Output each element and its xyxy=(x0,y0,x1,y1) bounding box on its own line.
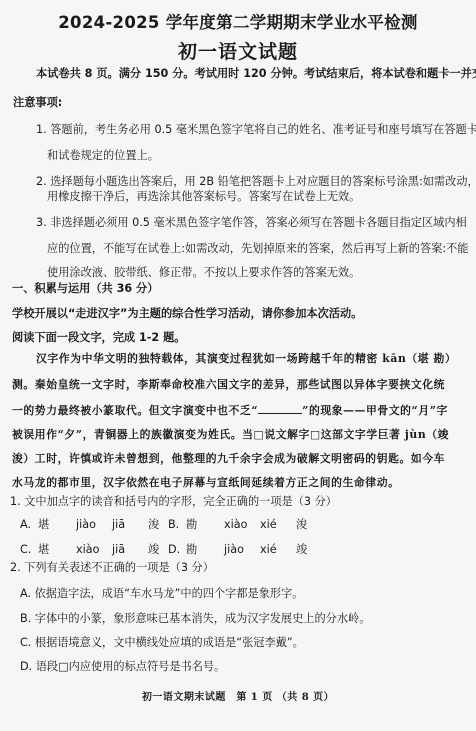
passage-line-3b: ”的现象——甲骨文的“月”字 xyxy=(302,404,448,417)
q2-stem: 2. 下列有关表述不正确的一项是（3 分） xyxy=(10,561,214,575)
activity-text: 学校开展以“走进汉字”为主题的综合性学习活动，请你参加本次活动。 xyxy=(12,307,362,321)
option-char: 浚 xyxy=(148,516,159,532)
option-label: D. xyxy=(168,543,186,556)
option-pinyin: jiào xyxy=(76,518,112,531)
passage-line-4: 被误用作“夕”，青铜器上的族徽演变为姓氏。当□说文解字□这部文字学巨著 jùn（… xyxy=(12,428,449,442)
exam-subtitle: 初一语文试题 xyxy=(0,37,476,64)
section1-heading: 一、积累与运用（共 36 分） xyxy=(12,282,158,296)
option-label: A. xyxy=(20,518,38,531)
notice-heading: 注意事项: xyxy=(13,96,62,110)
option-label: C. xyxy=(20,543,38,556)
q1-option-b: B.勘xiàoxié浚 xyxy=(168,516,307,532)
option-pinyin: xié xyxy=(260,543,296,556)
option-pinyin: jiā xyxy=(112,543,148,556)
option-label: B. xyxy=(168,518,186,531)
notice-item-3-line3: 使用涂改液、胶带纸、修正带。不按以上要求作答的答案无效。 xyxy=(47,266,360,280)
option-char: 堪 xyxy=(38,541,76,557)
exam-page: 2024-2025 学年度第二学期期末学业水平检测 初一语文试题 本试卷共 8 … xyxy=(0,0,476,731)
q2-option-a: A. 依据造字法，成语“车水马龙”中的四个字都是象形字。 xyxy=(20,587,303,601)
page-footer: 初一语文期末试题 第 1 页 （共 8 页） xyxy=(0,688,476,703)
q1-option-a: A.堪jiàojiā浚 xyxy=(20,516,159,532)
q1-option-c: C.堪xiàojiā竣 xyxy=(20,541,159,557)
passage-line-3: 一的势力最终被小篆取代。但文字演变中也不乏“”的现象——甲骨文的“月”字 xyxy=(12,403,448,418)
q1-option-d: D.勘jiàoxié竣 xyxy=(168,541,307,557)
q1-stem: 1. 文中加点字的读音和括号内的字形，完全正确的一项是（3 分） xyxy=(10,495,337,509)
notice-item-3-line1: 3. 非选择题必须用 0.5 毫米黑色签字笔作答，答案必须写在答题卡各题目指定区… xyxy=(36,216,467,230)
option-pinyin: xiào xyxy=(224,518,260,531)
notice-item-1-line1: 1. 答题前，考生务必用 0.5 毫米黑色签字笔将自己的姓名、准考证号和座号填写… xyxy=(36,123,476,137)
option-char: 竣 xyxy=(148,541,159,557)
option-char: 浚 xyxy=(296,516,307,532)
option-char: 堪 xyxy=(38,516,76,532)
reading-instruction: 阅读下面一段文字，完成 1-2 题。 xyxy=(12,331,185,345)
notice-item-2-line1: 2. 选择题每小题选出答案后，用 2B 铅笔把答题卡上对应题目的答案标号涂黑:如… xyxy=(36,175,476,189)
option-pinyin: jiā xyxy=(112,518,148,531)
option-char: 勘 xyxy=(186,541,224,557)
passage-line-1: 汉字作为中华文明的独特载体，其演变过程犹如一场跨越千年的精密 kān（堪 勘） xyxy=(36,352,456,366)
q2-option-c: C. 根据语境意义，文中横线处应填的成语是“张冠李戴”。 xyxy=(20,636,304,650)
q2-option-d: D. 语段□内应使用的标点符号是书名号。 xyxy=(20,660,225,674)
fill-blank xyxy=(258,403,302,414)
notice-item-1-line2: 和试卷规定的位置上。 xyxy=(47,149,159,163)
notice-item-3-line2: 应的位置，不能写在试卷上:如需改动，先划掉原来的答案，然后再写上新的答案:不能 xyxy=(47,242,468,256)
intro-text: 本试卷共 8 页。满分 150 分。考试用时 120 分钟。考试结束后，将本试卷… xyxy=(36,67,476,81)
q2-option-b: B. 字体中的小篆，象形意味已基本消失，成为汉字发展史上的分水岭。 xyxy=(20,612,370,626)
passage-line-3a: 一的势力最终被小篆取代。但文字演变中也不乏“ xyxy=(12,404,258,417)
option-char: 勘 xyxy=(186,516,224,532)
exam-title: 2024-2025 学年度第二学期期末学业水平检测 xyxy=(0,9,476,33)
passage-line-5: 浚）工时，许慎或许未曾想到，他整理的九千余字会成为破解文明密码的钥匙。如今车 xyxy=(12,452,445,466)
option-pinyin: jiào xyxy=(224,543,260,556)
option-char: 竣 xyxy=(296,541,307,557)
option-pinyin: xiào xyxy=(76,543,112,556)
passage-line-2: 测。秦始皇统一文字时，李斯奉命校准六国文字的差异，那些试图以异体字要挟文化统 xyxy=(12,378,445,392)
notice-item-2-line2: 用橡皮擦干净后，再选涂其他答案标号。答案写在试卷上无效。 xyxy=(47,190,360,204)
passage-line-6: 水马龙的都市里，汉字依然在电子屏幕与宣纸间延续着方正之间的生命律动。 xyxy=(12,476,400,490)
option-pinyin: xié xyxy=(260,518,296,531)
